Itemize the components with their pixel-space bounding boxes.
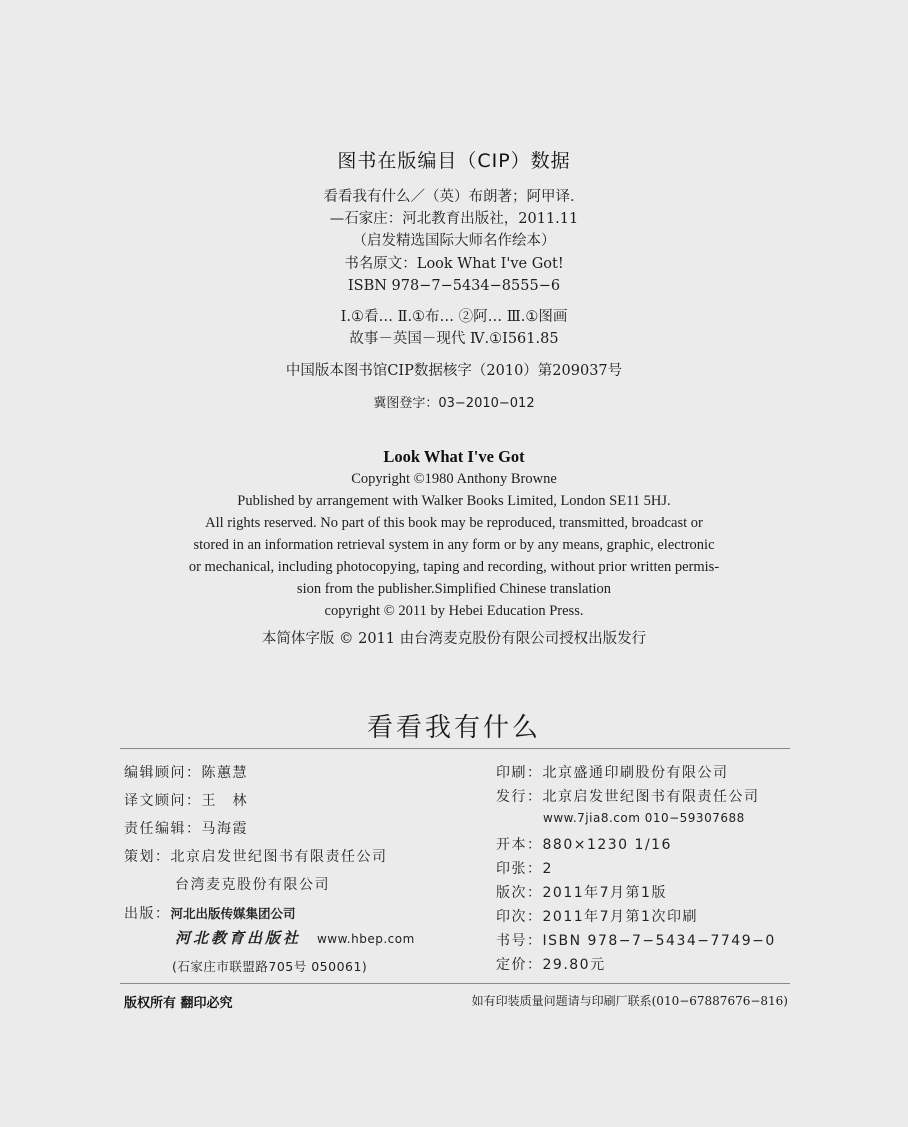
- publisher-group: 河北出版传媒集团公司: [171, 906, 296, 921]
- bottom-divider: [120, 983, 790, 984]
- rights-line-1: All rights reserved. No part of this boo…: [0, 512, 908, 534]
- registration-number: 冀图登字：03−2010−012: [0, 393, 908, 415]
- cip-classification-1: Ⅰ.①看… Ⅱ.①布… ②阿… Ⅲ.①图画: [0, 306, 908, 328]
- cip-heading: 图书在版编目（CIP）数据: [0, 146, 908, 173]
- publisher-address: (石家庄市联盟路705号 050061): [172, 957, 367, 975]
- planning-company-2: 台湾麦克股份有限公司: [175, 874, 330, 894]
- printing: 印次：2011年7月第1次印刷: [496, 906, 698, 926]
- edition: 版次：2011年7月第1版: [496, 882, 667, 902]
- distributor-contact: www.7jia8.com 010−59307688: [543, 811, 745, 825]
- copyright-line: Copyright ©1980 Anthony Browne: [0, 468, 908, 490]
- editorial-advisor: 编辑顾问：陈蕙慧: [124, 762, 248, 782]
- cip-line-isbn: ISBN 978−7−5434−8555−6: [0, 275, 908, 297]
- cip-classification-2: 故事－英国－现代 Ⅳ.①I561.85: [0, 328, 908, 350]
- cip-line-title-author: 看看我有什么／（英）布朗著；阿甲译．: [0, 186, 908, 208]
- cip-line-publisher: —石家庄：河北教育出版社，2011.11: [0, 208, 908, 230]
- cip-approval-number: 中国版本图书馆CIP数据核字（2010）第209037号: [0, 360, 908, 382]
- publisher-press-logo: 河北教育出版社: [175, 929, 301, 947]
- translation-copyright: copyright © 2011 by Hebei Education Pres…: [0, 600, 908, 622]
- quality-notice: 如有印装质量问题请与印刷厂联系(010−67887676−816): [472, 992, 788, 1009]
- rights-reserved: 版权所有 翻印必究: [124, 992, 233, 1011]
- publisher-press-row: 河北教育出版社 www.hbep.com: [175, 927, 415, 948]
- format: 开本：880×1230 1/16: [496, 834, 672, 854]
- printer: 印刷：北京盛通印刷股份有限公司: [496, 762, 729, 782]
- planning-company-1: 策划：北京启发世纪图书有限责任公司: [124, 846, 388, 866]
- chinese-license-line: 本简体字版 © 2011 由台湾麦克股份有限公司授权出版发行: [0, 627, 908, 648]
- distributor: 发行：北京启发世纪图书有限责任公司: [496, 786, 760, 806]
- translation-advisor: 译文顾问：王 林: [124, 790, 248, 810]
- top-divider: [120, 748, 790, 749]
- book-title: 看看我有什么: [0, 707, 908, 744]
- arrangement-line: Published by arrangement with Walker Boo…: [0, 490, 908, 512]
- cip-line-series: （启发精选国际大师名作绘本）: [0, 230, 908, 252]
- publisher-url: www.hbep.com: [317, 932, 415, 946]
- printed-sheets: 印张：2: [496, 858, 553, 878]
- editor-in-charge: 责任编辑：马海霞: [124, 818, 248, 838]
- publisher-label: 出版：: [124, 906, 171, 922]
- isbn: 书号：ISBN 978−7−5434−7749−0: [496, 930, 776, 950]
- english-title: Look What I've Got: [0, 447, 908, 467]
- rights-line-3: or mechanical, including photocopying, t…: [0, 556, 908, 578]
- publisher-row: 出版：河北出版传媒集团公司: [124, 903, 296, 923]
- rights-line-4: sion from the publisher.Simplified Chine…: [0, 578, 908, 600]
- rights-line-2: stored in an information retrieval syste…: [0, 534, 908, 556]
- cip-line-original-title: 书名原文：Look What I've Got!: [0, 253, 908, 275]
- price: 定价：29.80元: [496, 954, 606, 974]
